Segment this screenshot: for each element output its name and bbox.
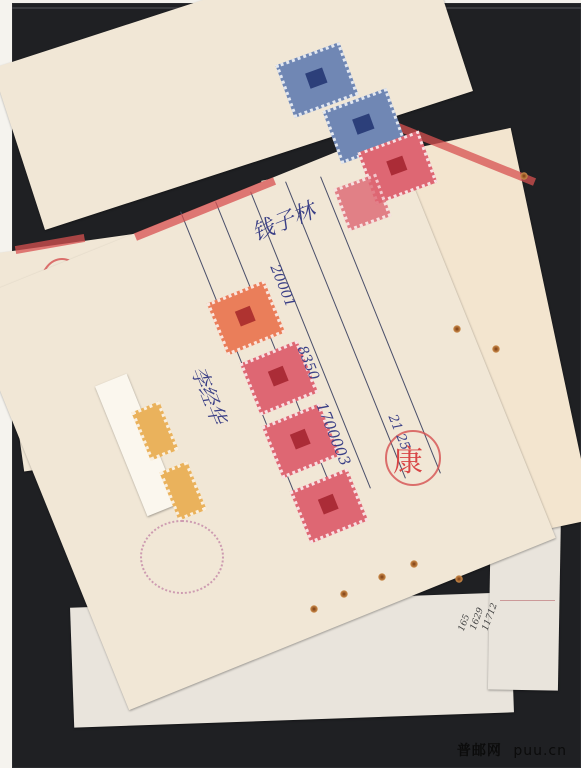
foxing-spot	[520, 172, 528, 180]
flag-icon	[386, 155, 408, 176]
flag-icon	[267, 366, 289, 387]
foxing-spot	[310, 605, 318, 613]
foxing-spot	[410, 560, 418, 568]
faded-purple-seal	[140, 520, 224, 594]
watermark: 普邮网 puu.cn	[457, 740, 567, 760]
flag-icon	[305, 67, 328, 88]
flag-icon	[352, 113, 375, 134]
foxing-spot	[340, 590, 348, 598]
flag-icon	[317, 494, 339, 515]
foxing-spot	[378, 573, 386, 581]
flag-icon	[289, 429, 311, 450]
foxing-spot	[492, 345, 500, 353]
watermark-site-name: 普邮网	[457, 743, 502, 759]
red-grid-line	[500, 600, 555, 601]
flag-icon	[234, 306, 256, 327]
foxing-spot	[455, 575, 463, 583]
foxing-spot	[453, 325, 461, 333]
watermark-url: puu.cn	[513, 743, 567, 759]
